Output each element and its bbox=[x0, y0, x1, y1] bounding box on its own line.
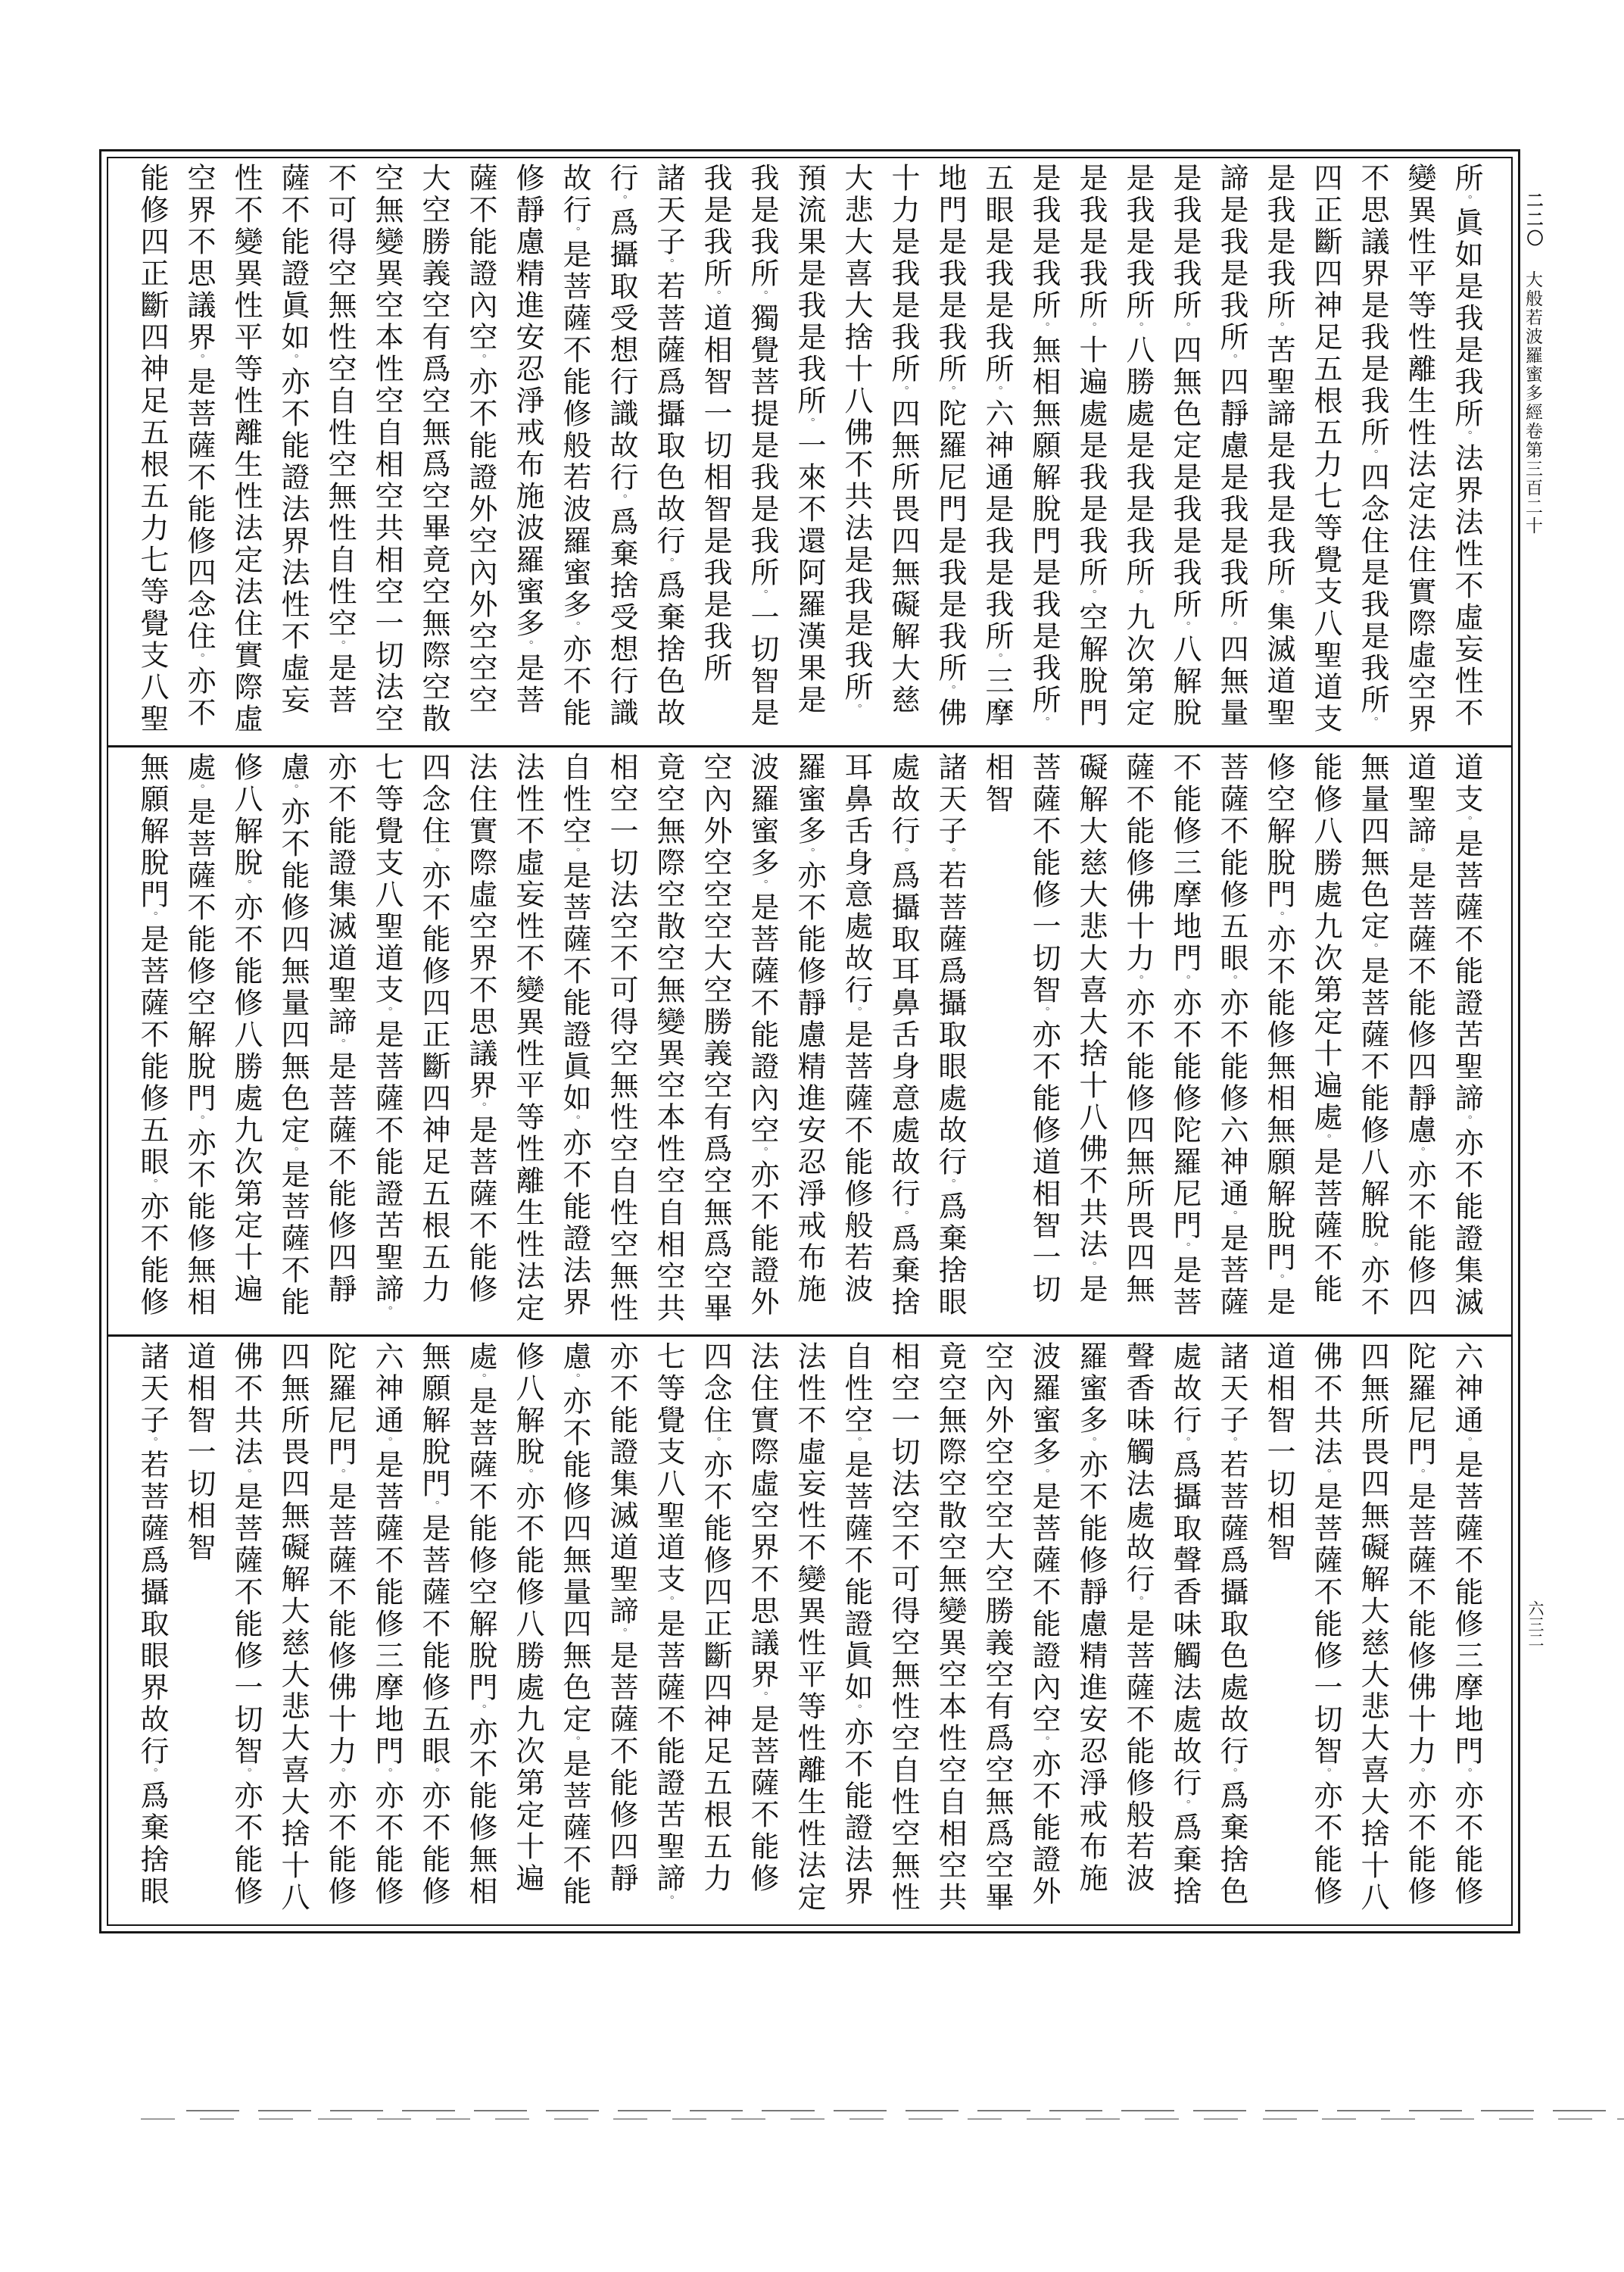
text-column: 薩不能證眞如。亦不能證法界法性不虛妄 bbox=[269, 163, 316, 745]
text-column: 竟空無際空散空無變異空本性空自相空共 bbox=[644, 752, 691, 1334]
text-column: 處。是菩薩不能修空解脫門。亦不能修無相 bbox=[457, 1341, 503, 1924]
text-column: 四無所畏四無礙解大慈大悲大喜大捨十八 bbox=[269, 1341, 316, 1924]
text-band-bottom: 六神通。是菩薩不能修三摩地門。亦不能修陀羅尼門。是菩薩不能修佛十力。亦不能修四無… bbox=[108, 1337, 1509, 1924]
text-column: 不能修三摩地門。亦不能修陀羅尼門。是菩 bbox=[1161, 752, 1208, 1334]
text-column: 無願解脫門。是菩薩不能修五眼。亦不能修 bbox=[410, 1341, 457, 1924]
text-column: 諸天子。若菩薩爲攝取色處故行。爲棄捨色 bbox=[1208, 1341, 1255, 1924]
text-column: 自性空。是菩薩不能證眞如。亦不能證法界 bbox=[832, 1341, 879, 1924]
text-column: 處故行。爲攝取聲香味觸法處故行。爲棄捨 bbox=[1161, 1341, 1208, 1924]
text-column: 變異性平等性離生性法定法住實際虛空界 bbox=[1395, 163, 1442, 745]
page-frame-inner: 所。眞如是我是我所。法界法性不虛妄性不變異性平等性離生性法定法住實際虛空界不思議… bbox=[107, 157, 1513, 1926]
text-column: 空內外空空空大空勝義空有爲空無爲空畢 bbox=[973, 1341, 1020, 1924]
text-column: 大悲大喜大捨十八佛不共法是我是我所。 bbox=[832, 163, 879, 745]
text-column: 不可得空無性空自性空無性自性空。是菩 bbox=[316, 163, 363, 745]
text-column: 法性不虛妄性不變異性平等性離生性法定 bbox=[785, 1341, 832, 1924]
text-column: 預流果是我是我所。一來不還阿羅漢果是 bbox=[785, 163, 832, 745]
text-column: 亦不能證集滅道聖諦。是菩薩不能修四靜 bbox=[597, 1341, 644, 1924]
text-column: 故行。是菩薩不能修般若波羅蜜多。亦不能 bbox=[550, 163, 597, 745]
text-column: 法住實際虛空界不思議界。是菩薩不能修 bbox=[738, 1341, 785, 1924]
text-column: 四念住。亦不能修四正斷四神足五根五力 bbox=[691, 1341, 738, 1924]
text-column: 七等覺支八聖道支。是菩薩不能證苦聖諦。 bbox=[644, 1341, 691, 1924]
text-column: 十力是我是我所。四無所畏四無礙解大慈 bbox=[879, 163, 926, 745]
text-band-top: 所。眞如是我是我所。法界法性不虛妄性不變異性平等性離生性法定法住實際虛空界不思議… bbox=[108, 158, 1509, 745]
text-column: 波羅蜜多。是菩薩不能證內空。亦不能證外 bbox=[1020, 1341, 1067, 1924]
page-frame-outer: 所。眞如是我是我所。法界法性不虛妄性不變異性平等性離生性法定法住實際虛空界不思議… bbox=[99, 149, 1520, 1933]
text-column: 修八解脫。亦不能修八勝處九次第定十遍 bbox=[503, 1341, 550, 1924]
text-column: 陀羅尼門。是菩薩不能修佛十力。亦不能修 bbox=[1395, 1341, 1442, 1924]
text-column: 處。是菩薩不能修空解脫門。亦不能修無相 bbox=[175, 752, 222, 1334]
text-column: 我是我所。獨覺菩提是我是我所。一切智是 bbox=[738, 163, 785, 745]
text-column: 道相智一切相智 bbox=[1255, 1341, 1301, 1924]
text-band-middle: 道支。是菩薩不能證苦聖諦。亦不能證集滅道聖諦。是菩薩不能修四靜慮。亦不能修四無量… bbox=[108, 747, 1509, 1334]
text-column: 相智 bbox=[973, 752, 1020, 1334]
text-column: 無願解脫門。是菩薩不能修五眼。亦不能修 bbox=[128, 752, 175, 1334]
text-column: 五眼是我是我所。六神通是我是我所。三摩 bbox=[973, 163, 1020, 745]
text-column: 我是我所。道相智一切相智是我是我所 bbox=[691, 163, 738, 745]
text-column: 佛不共法。是菩薩不能修一切智。亦不能修 bbox=[222, 1341, 269, 1924]
text-column: 陀羅尼門。是菩薩不能修佛十力。亦不能修 bbox=[316, 1341, 363, 1924]
text-column: 是我是我所。十遍處是我是我所。空解脫門 bbox=[1067, 163, 1114, 745]
text-column: 空界不思議界。是菩薩不能修四念住。亦不 bbox=[175, 163, 222, 745]
text-column: 亦不能證集滅道聖諦。是菩薩不能修四靜 bbox=[316, 752, 363, 1334]
text-column: 菩薩不能修一切智。亦不能修道相智一切 bbox=[1020, 752, 1067, 1334]
text-column: 空內外空空空大空勝義空有爲空無爲空畢 bbox=[691, 752, 738, 1334]
text-column: 道相智一切相智 bbox=[175, 1341, 222, 1924]
text-column: 修空解脫門。亦不能修無相無願解脫門。是 bbox=[1255, 752, 1301, 1334]
text-column: 佛不共法。是菩薩不能修一切智。亦不能修 bbox=[1301, 1341, 1348, 1924]
text-column: 六神通。是菩薩不能修三摩地門。亦不能修 bbox=[363, 1341, 410, 1924]
text-column: 諸天子。若菩薩爲攝取色故行。爲棄捨色故 bbox=[644, 163, 691, 745]
text-column: 所。眞如是我是我所。法界法性不虛妄性不 bbox=[1442, 163, 1489, 745]
text-column: 礙解大慈大悲大喜大捨十八佛不共法。是 bbox=[1067, 752, 1114, 1334]
scan-artifact-line bbox=[141, 2118, 1624, 2120]
taisho-page-number: 二二〇 bbox=[1523, 192, 1546, 248]
text-column: 能修四正斷四神足五根五力七等覺支八聖 bbox=[128, 163, 175, 745]
text-column: 四正斷四神足五根五力七等覺支八聖道支 bbox=[1301, 163, 1348, 745]
text-column: 地門是我是我所。陀羅尼門是我是我所。佛 bbox=[926, 163, 973, 745]
text-column: 竟空無際空散空無變異空本性空自相空共 bbox=[926, 1341, 973, 1924]
text-column: 修八解脫。亦不能修八勝處九次第定十遍 bbox=[222, 752, 269, 1334]
text-column: 耳鼻舌身意處故行。是菩薩不能修般若波 bbox=[832, 752, 879, 1334]
text-column: 無量四無色定。是菩薩不能修八解脫。亦不 bbox=[1348, 752, 1395, 1334]
volume-title: 大般若波羅蜜多經卷第三百二十 bbox=[1520, 270, 1545, 535]
text-column: 薩不能修佛十力。亦不能修四無所畏四無 bbox=[1114, 752, 1161, 1334]
text-column: 四念住。亦不能修四正斷四神足五根五力 bbox=[410, 752, 457, 1334]
text-column: 性不變異性平等性離生性法定法住實際虛 bbox=[222, 163, 269, 745]
folio-number: 六三二 bbox=[1524, 1600, 1547, 1648]
text-column: 是我是我所。八勝處是我是我所。九次第定 bbox=[1114, 163, 1161, 745]
text-column: 聲香味觸法處故行。是菩薩不能修般若波 bbox=[1114, 1341, 1161, 1924]
text-column: 行。爲攝取受想行識故行。爲棄捨受想行識 bbox=[597, 163, 644, 745]
text-column: 相空一切法空不可得空無性空自性空無性 bbox=[597, 752, 644, 1334]
text-column: 慮。亦不能修四無量四無色定。是菩薩不能 bbox=[550, 1341, 597, 1924]
text-column: 能修八勝處九次第定十遍處。是菩薩不能 bbox=[1301, 752, 1348, 1334]
text-column: 法性不虛妄性不變異性平等性離生性法定 bbox=[503, 752, 550, 1334]
text-column: 薩不能證內空。亦不能證外空內外空空空 bbox=[457, 163, 503, 745]
text-column: 諦是我是我所。四靜慮是我是我所。四無量 bbox=[1208, 163, 1255, 745]
text-column: 四無所畏四無礙解大慈大悲大喜大捨十八 bbox=[1348, 1341, 1395, 1924]
text-column: 慮。亦不能修四無量四無色定。是菩薩不能 bbox=[269, 752, 316, 1334]
text-column: 法住實際虛空界不思議界。是菩薩不能修 bbox=[457, 752, 503, 1334]
text-column: 空無變異空本性空自相空共相空一切法空 bbox=[363, 163, 410, 745]
text-column: 處故行。爲攝取耳鼻舌身意處故行。爲棄捨 bbox=[879, 752, 926, 1334]
text-column: 大空勝義空有爲空無爲空畢竟空無際空散 bbox=[410, 163, 457, 745]
text-column: 自性空。是菩薩不能證眞如。亦不能證法界 bbox=[550, 752, 597, 1334]
scan-artifact-line bbox=[186, 2110, 1624, 2111]
text-column: 六神通。是菩薩不能修三摩地門。亦不能修 bbox=[1442, 1341, 1489, 1924]
text-column: 諸天子。若菩薩爲攝取眼處故行。爲棄捨眼 bbox=[926, 752, 973, 1334]
text-column: 道支。是菩薩不能證苦聖諦。亦不能證集滅 bbox=[1442, 752, 1489, 1334]
text-column: 不思議界是我是我所。四念住是我是我所。 bbox=[1348, 163, 1395, 745]
text-column: 七等覺支八聖道支。是菩薩不能證苦聖諦。 bbox=[363, 752, 410, 1334]
text-column: 修靜慮精進安忍淨戒布施波羅蜜多。是菩 bbox=[503, 163, 550, 745]
text-column: 菩薩不能修五眼。亦不能修六神通。是菩薩 bbox=[1208, 752, 1255, 1334]
text-column: 波羅蜜多。是菩薩不能證內空。亦不能證外 bbox=[738, 752, 785, 1334]
text-column: 羅蜜多。亦不能修靜慮精進安忍淨戒布施 bbox=[1067, 1341, 1114, 1924]
text-column: 是我是我所。無相無願解脫門是我是我所。 bbox=[1020, 163, 1067, 745]
text-column: 諸天子。若菩薩爲攝取眼界故行。爲棄捨眼 bbox=[128, 1341, 175, 1924]
text-column: 羅蜜多。亦不能修靜慮精進安忍淨戒布施 bbox=[785, 752, 832, 1334]
text-column: 道聖諦。是菩薩不能修四靜慮。亦不能修四 bbox=[1395, 752, 1442, 1334]
text-column: 是我是我所。苦聖諦是我是我所。集滅道聖 bbox=[1255, 163, 1301, 745]
text-column: 是我是我所。四無色定是我是我所。八解脫 bbox=[1161, 163, 1208, 745]
text-column: 相空一切法空不可得空無性空自性空無性 bbox=[879, 1341, 926, 1924]
